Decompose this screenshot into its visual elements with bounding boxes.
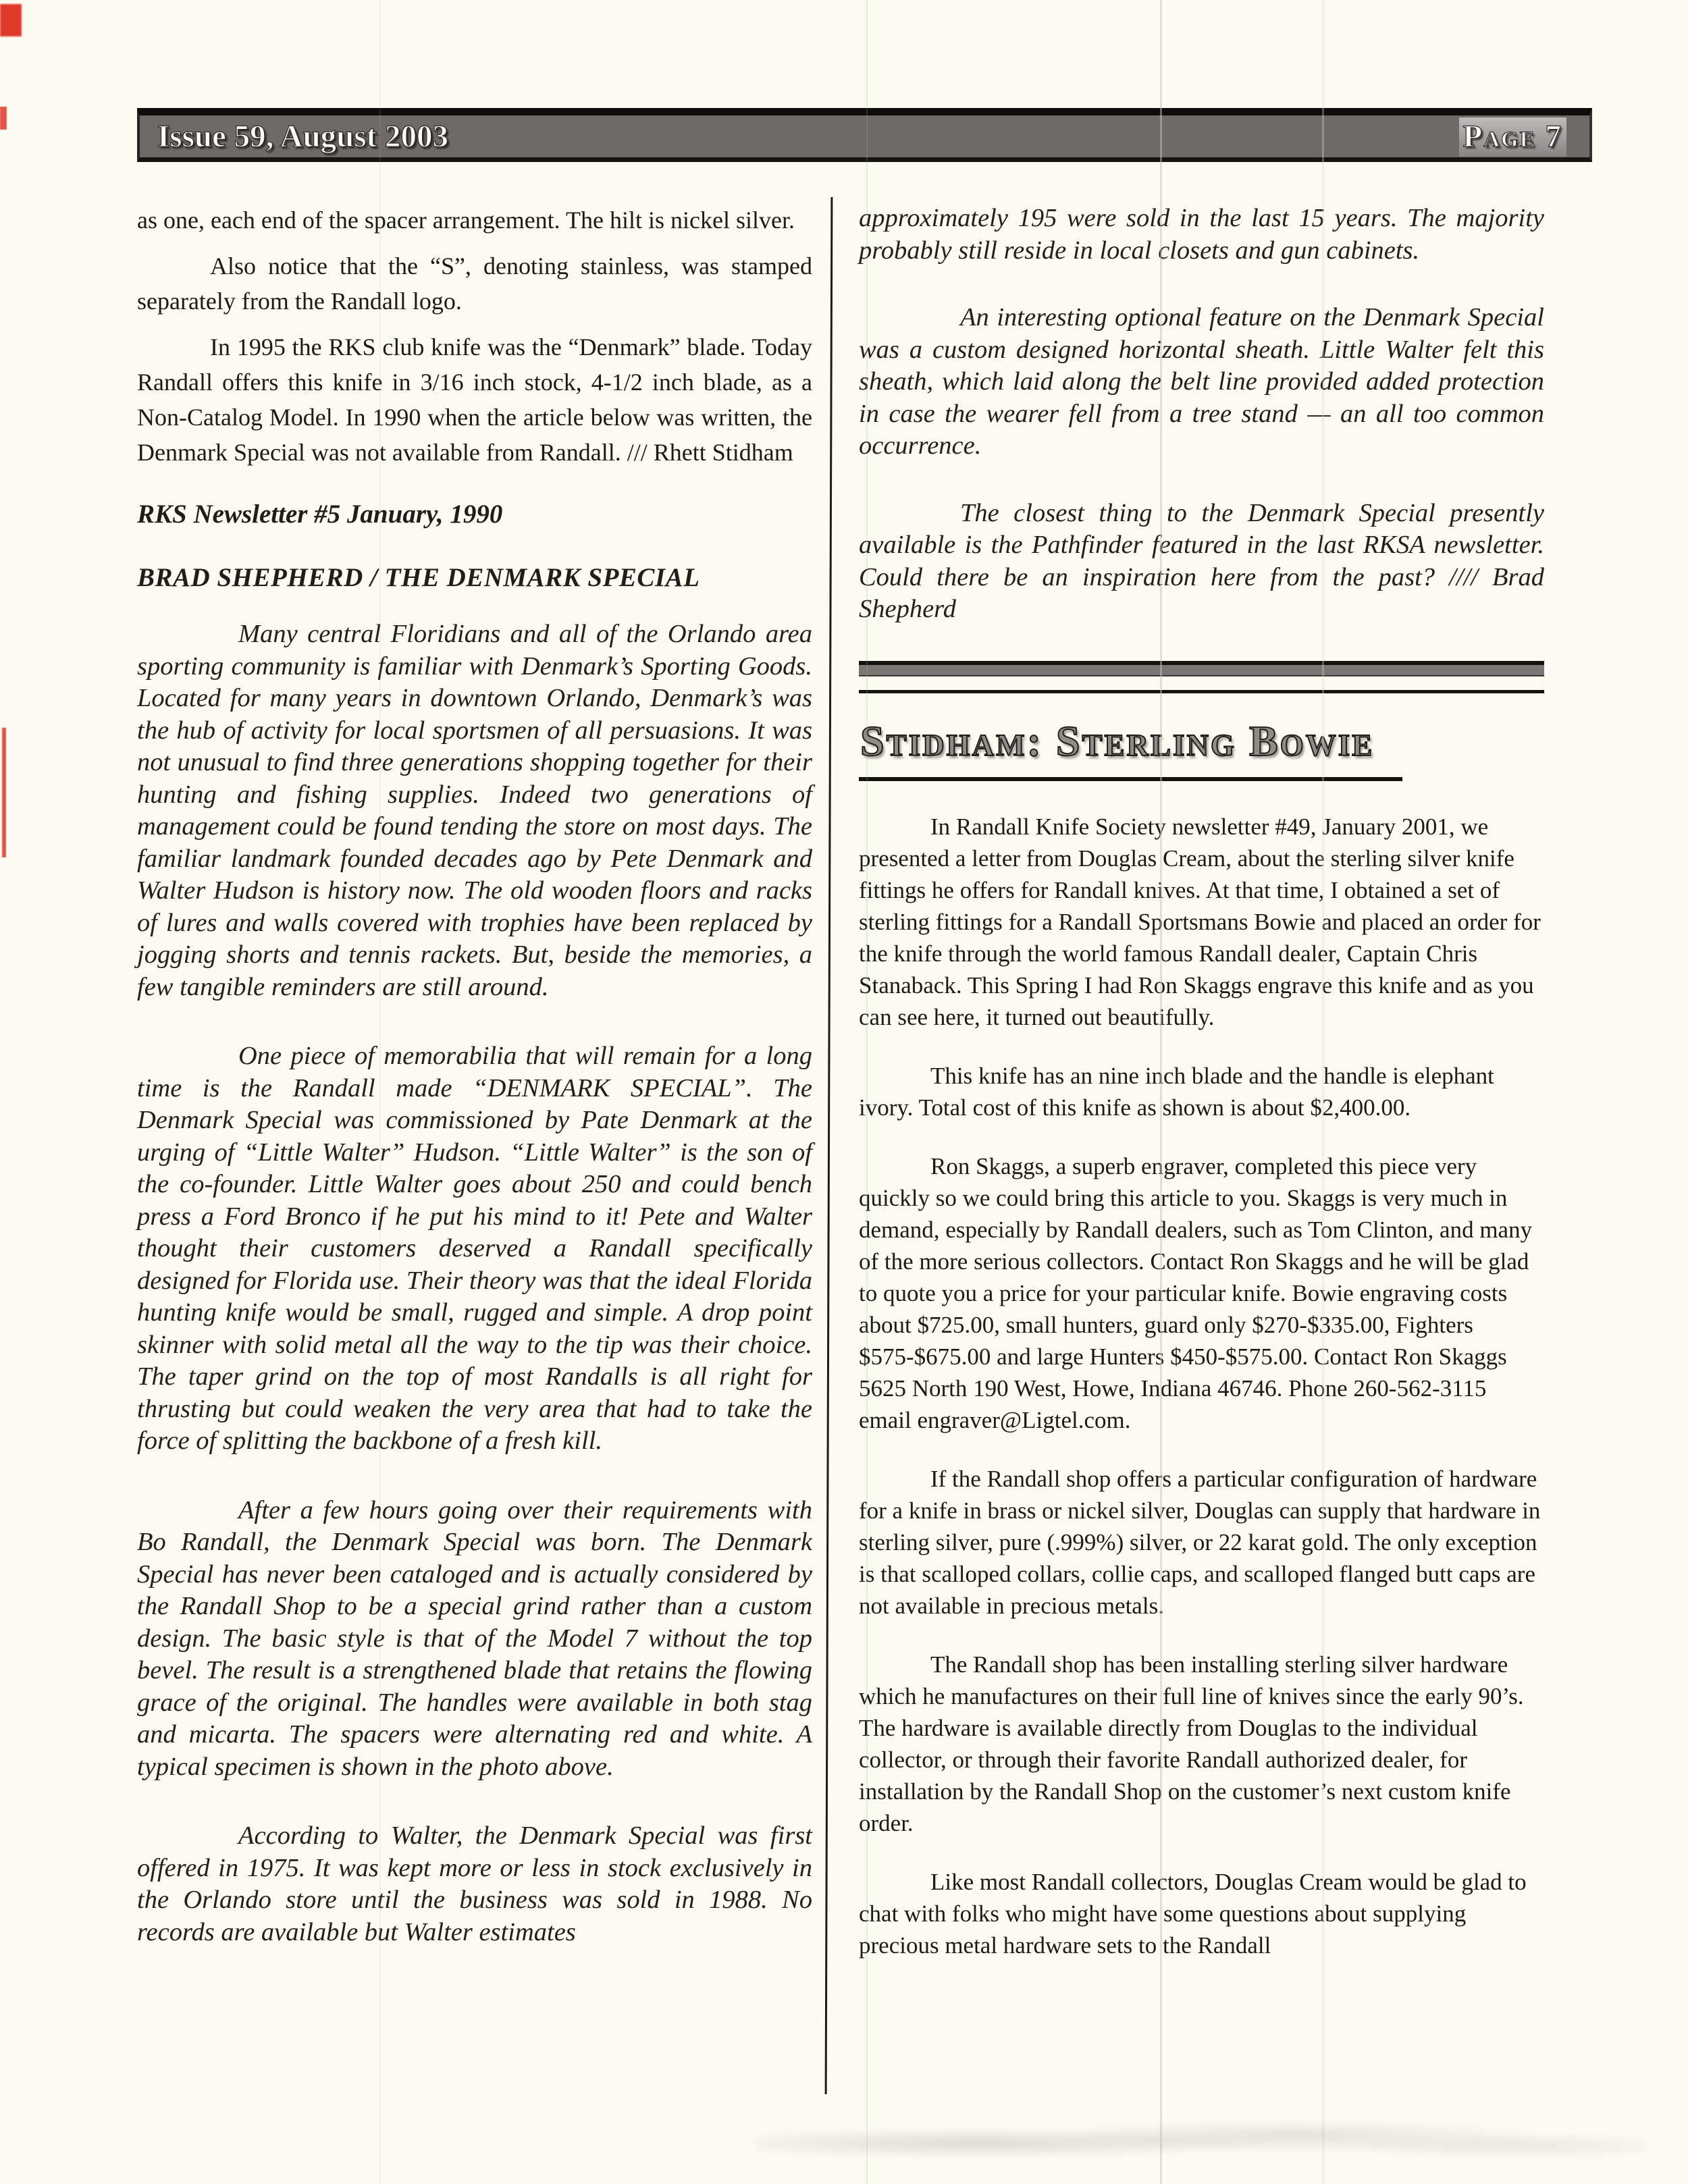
paragraph: Also notice that the “S”, denoting stain… <box>137 248 812 319</box>
newsletter-page: Issue 59, August 2003 Page 7 as one, eac… <box>0 0 1688 2184</box>
subheading-newsletter-date: RKS Newsletter #5 January, 1990 <box>137 497 812 532</box>
paragraph: In Randall Knife Society newsletter #49,… <box>859 811 1544 1033</box>
section-body-paragraphs: In Randall Knife Society newsletter #49,… <box>859 811 1544 1961</box>
left-intro-paragraphs: as one, each end of the spacer arrangeme… <box>137 203 812 470</box>
section-top-rule <box>859 661 1544 676</box>
column-divider-rule <box>825 197 833 2094</box>
paragraph: as one, each end of the spacer arrangeme… <box>137 203 812 238</box>
right-article-paragraphs: approximately 195 were sold in the last … <box>859 203 1544 626</box>
section-mid-rule <box>859 690 1544 693</box>
sterling-bowie-section: Stidham: Sterling Bowie In Randall Knife… <box>859 661 1544 1961</box>
left-article-paragraphs: Many central Floridians and all of the O… <box>137 618 812 1948</box>
section-title: Stidham: Sterling Bowie <box>860 716 1544 766</box>
paragraph: Like most Randall collectors, Douglas Cr… <box>859 1866 1544 1961</box>
page-number-label: Page 7 <box>1459 121 1566 153</box>
subheading-article-byline: BRAD SHEPHERD / THE DENMARK SPECIAL <box>137 560 812 595</box>
paragraph: Many central Floridians and all of the O… <box>137 618 812 1003</box>
bottom-scan-smudge <box>756 2116 1647 2165</box>
red-corner-mark <box>0 4 22 36</box>
page-number-text: Page 7 <box>1459 117 1566 157</box>
paragraph: This knife has an nine inch blade and th… <box>859 1060 1544 1123</box>
left-column: as one, each end of the spacer arrangeme… <box>137 203 812 1948</box>
paragraph: Ron Skaggs, a superb engraver, completed… <box>859 1150 1544 1436</box>
paragraph: If the Randall shop offers a particular … <box>859 1463 1544 1622</box>
issue-label: Issue 59, August 2003 <box>157 121 448 153</box>
paragraph: After a few hours going over their requi… <box>137 1495 812 1784</box>
paragraph: In 1995 the RKS club knife was the “Denm… <box>137 329 812 470</box>
paragraph: One piece of memorabilia that will remai… <box>137 1040 812 1458</box>
paragraph: An interesting optional feature on the D… <box>859 302 1544 462</box>
red-edge-line <box>2 728 6 857</box>
section-bottom-rule <box>859 777 1402 781</box>
paragraph: The closest thing to the Denmark Special… <box>859 498 1544 626</box>
paragraph: approximately 195 were sold in the last … <box>859 203 1544 267</box>
red-edge-dash <box>0 107 7 130</box>
paragraph: According to Walter, the Denmark Special… <box>137 1820 812 1948</box>
right-column: approximately 195 were sold in the last … <box>859 203 1544 1988</box>
paragraph: The Randall shop has been installing ste… <box>859 1649 1544 1839</box>
header-bar: Issue 59, August 2003 Page 7 <box>137 108 1592 162</box>
